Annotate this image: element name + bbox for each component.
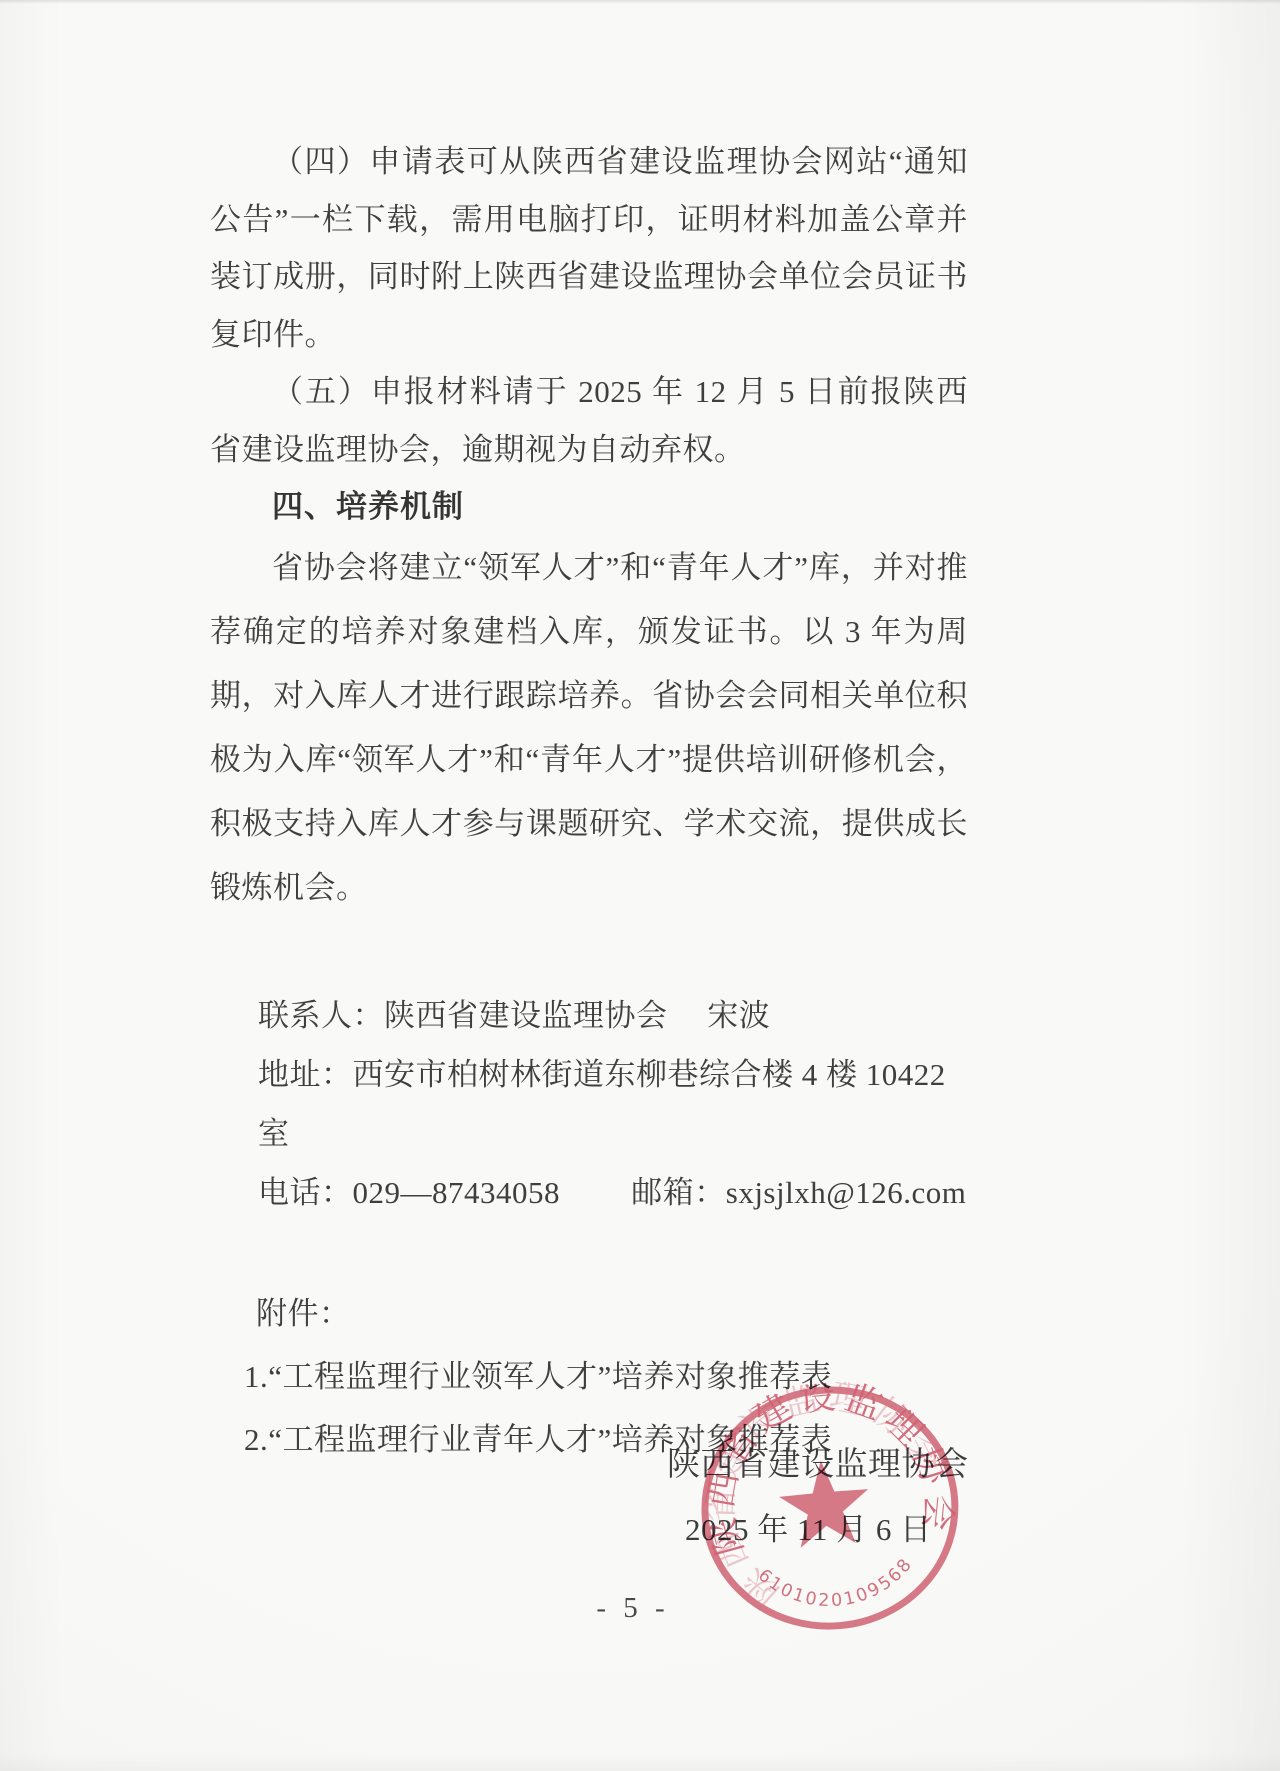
attachments-label: 附件： <box>256 1282 968 1345</box>
seal-star-icon <box>776 1457 872 1549</box>
contact-block: 联系人：陕西省建设监理协会 宋波 地址：西安市柏树林街道东柳巷综合楼 4 楼 1… <box>258 986 968 1222</box>
section-heading: 四、培养机制 <box>210 478 968 536</box>
official-seal-icon: 陕西省建设监理协会 陕西省建设监理协会 6101020109568 <box>686 1372 975 1646</box>
paragraph-item-five: （五）申报材料请于 2025 年 12 月 5 日前报陕西省建设监理协会，逾期视… <box>210 363 968 478</box>
document-page: （四）申请表可从陕西省建设监理协会网站“通知公告”一栏下载，需用电脑打印，证明材… <box>0 0 1280 1771</box>
paragraph-mechanism: 省协会将建立“领军人才”和“青年人才”库，并对推荐确定的培养对象建档入库，颁发证… <box>210 536 968 920</box>
contact-phone-email: 电话：029—87434058 邮箱：sxjsjlxh@126.com <box>258 1163 968 1222</box>
contact-person: 联系人：陕西省建设监理协会 宋波 <box>258 986 968 1045</box>
paragraph-item-four: （四）申请表可从陕西省建设监理协会网站“通知公告”一栏下载，需用电脑打印，证明材… <box>210 133 968 363</box>
page-number: - 5 - <box>583 1592 683 1625</box>
contact-address: 地址：西安市柏树林街道东柳巷综合楼 4 楼 10422 室 <box>258 1045 968 1163</box>
document-body: （四）申请表可从陕西省建设监理协会网站“通知公告”一栏下载，需用电脑打印，证明材… <box>210 133 968 1471</box>
